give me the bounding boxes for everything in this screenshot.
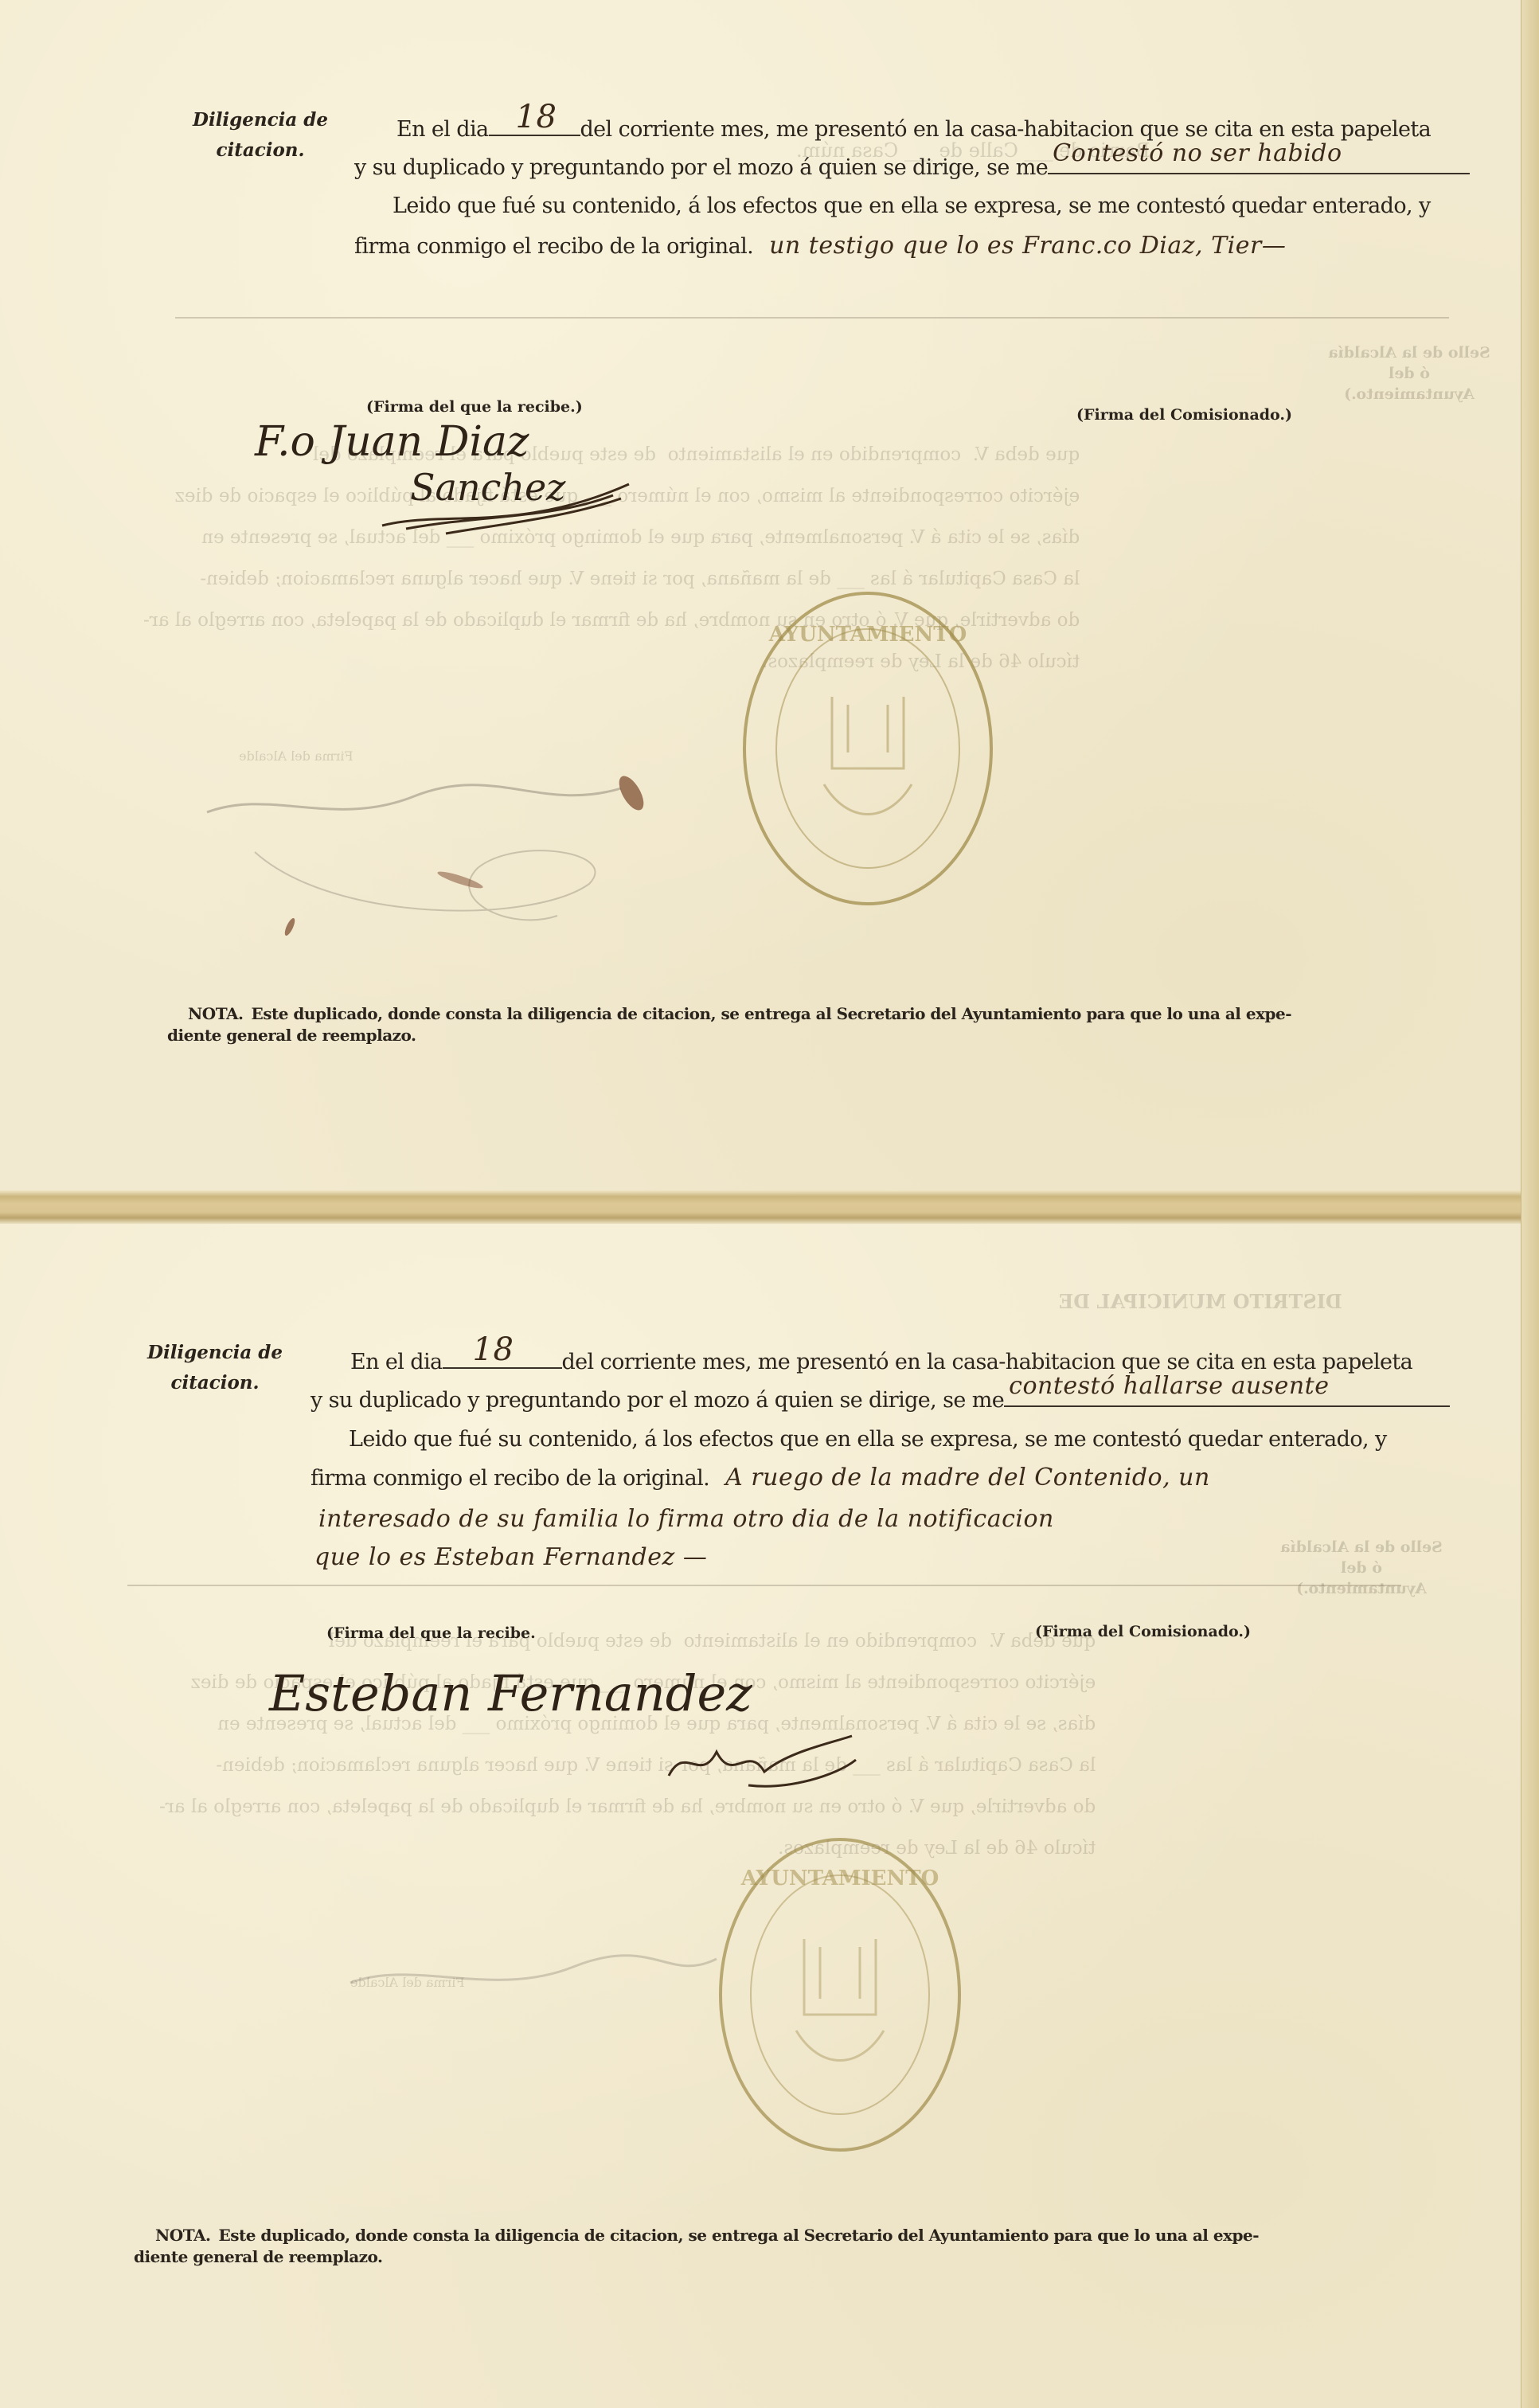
body-line-2: y su duplicado y preguntando por el mozo…	[311, 1380, 1450, 1421]
municipal-seal-stamp: AYUNTAMIENTO	[736, 585, 999, 912]
show-through-line: ó del	[1306, 363, 1513, 384]
show-through-caption: Firma del Alcalde	[239, 749, 354, 764]
show-through-seal-block: Sello de la Alcaldía ó del Ayuntamiento.…	[1258, 1537, 1465, 1599]
day-field: 18	[443, 1343, 562, 1369]
show-through-text: DISTRITO MUNICIPAL DE	[1059, 1290, 1342, 1313]
body-line-4: firma conmigo el recibo de la original. …	[311, 1457, 1210, 1499]
handwritten-answer: contestó hallarse ausente	[1009, 1366, 1329, 1407]
answer-field: Contestó no ser habido	[1048, 149, 1470, 174]
show-through-line: ó del	[1258, 1558, 1465, 1578]
side-label-line: Diligencia de	[139, 1338, 291, 1368]
citation-form-2: DISTRITO MUNICIPAL DE Sello de la Alcald…	[0, 1218, 1539, 2408]
section-divider	[127, 1585, 1401, 1586]
handwritten-day: 18	[516, 96, 557, 138]
handwritten-note-line: que lo es Esteban Fernandez —	[314, 1543, 707, 1571]
citation-form-1: Barrio de ___ Calle de ___ Casa núm. Sel…	[0, 0, 1539, 1190]
body-line-4: firma conmigo el recibo de la original. …	[354, 225, 1286, 268]
handwritten-note-line: interesado de su familia lo firma otro d…	[318, 1505, 1054, 1533]
day-field: 18	[489, 111, 580, 136]
show-through-seal-block: Sello de la Alcaldía ó del Ayuntamiento.…	[1306, 342, 1513, 405]
handwritten-day: 18	[473, 1329, 514, 1370]
faded-signature	[175, 764, 732, 948]
svg-text:AYUNTAMIENTO: AYUNTAMIENTO	[740, 1867, 939, 1890]
printed-text: Leido que fué su contenido, á los efecto…	[349, 1427, 1387, 1452]
side-label-line: Diligencia de	[185, 105, 336, 135]
section-divider	[175, 317, 1449, 319]
show-through-line: Sello de la Alcaldía	[1258, 1537, 1465, 1558]
footnote-key: NOTA.	[188, 1004, 243, 1023]
faded-signature	[334, 1935, 732, 2094]
footnote-line: diente general de reemplazo.	[134, 2246, 382, 2267]
show-through-line: Sello de la Alcaldía	[1306, 342, 1513, 363]
caption-receiver-signature: (Firma del que la recibe.	[326, 1624, 536, 1642]
footnote: NOTA.Este duplicado, donde consta la dil…	[188, 1003, 1291, 1024]
body-line-3: Leido que fué su contenido, á los efecto…	[354, 186, 1431, 227]
signature-receiver: Esteban Fernandez	[269, 1664, 752, 1722]
printed-text: Leido que fué su contenido, á los efecto…	[393, 193, 1431, 218]
handwritten-witness-note: un testigo que lo es Franc.co Diaz, Tier…	[769, 232, 1286, 260]
printed-text: En el dia	[350, 1350, 443, 1374]
signature-flourish	[374, 478, 637, 541]
svg-text:AYUNTAMIENTO: AYUNTAMIENTO	[768, 623, 967, 647]
printed-text: firma conmigo el recibo de la original.	[311, 1466, 709, 1491]
signature-receiver-line-1: F.o Juan Diaz	[255, 418, 529, 466]
caption-commissioner-signature: (Firma del Comisionado.)	[1076, 406, 1292, 424]
body-line-3: Leido que fué su contenido, á los efecto…	[311, 1419, 1387, 1460]
signature-flourish	[653, 1728, 868, 1800]
answer-field: contestó hallarse ausente	[1004, 1382, 1450, 1407]
municipal-seal-stamp: AYUNTAMIENTO	[709, 1827, 971, 2162]
handwritten-answer: Contestó no ser habido	[1053, 133, 1342, 174]
footnote-line: Este duplicado, donde consta la diligenc…	[251, 1004, 1291, 1023]
handwritten-note: A ruego de la madre del Contenido, un	[725, 1464, 1210, 1491]
footnote-key: NOTA.	[155, 2226, 210, 2245]
body-line-2: y su duplicado y preguntando por el mozo…	[354, 147, 1470, 189]
printed-text: firma conmigo el recibo de la original.	[354, 234, 753, 259]
side-label: Diligencia de citacion.	[185, 105, 336, 166]
footnote: NOTA.Este duplicado, donde consta la dil…	[155, 2225, 1259, 2246]
printed-text: y su duplicado y preguntando por el mozo…	[311, 1388, 1004, 1413]
printed-text: En el dia	[396, 117, 489, 142]
side-label: Diligencia de citacion.	[139, 1338, 291, 1398]
show-through-line: Ayuntamiento.)	[1258, 1578, 1465, 1599]
side-label-line: citacion.	[185, 135, 336, 166]
printed-text: y su duplicado y preguntando por el mozo…	[354, 155, 1048, 180]
caption-receiver-signature: (Firma del que la recibe.)	[366, 398, 583, 416]
caption-commissioner-signature: (Firma del Comisionado.)	[1035, 1623, 1251, 1640]
show-through-line: Ayuntamiento.)	[1306, 384, 1513, 405]
footnote-line: Este duplicado, donde consta la diligenc…	[218, 2226, 1259, 2245]
footnote-line: diente general de reemplazo.	[167, 1025, 416, 1046]
side-label-line: citacion.	[139, 1368, 291, 1398]
